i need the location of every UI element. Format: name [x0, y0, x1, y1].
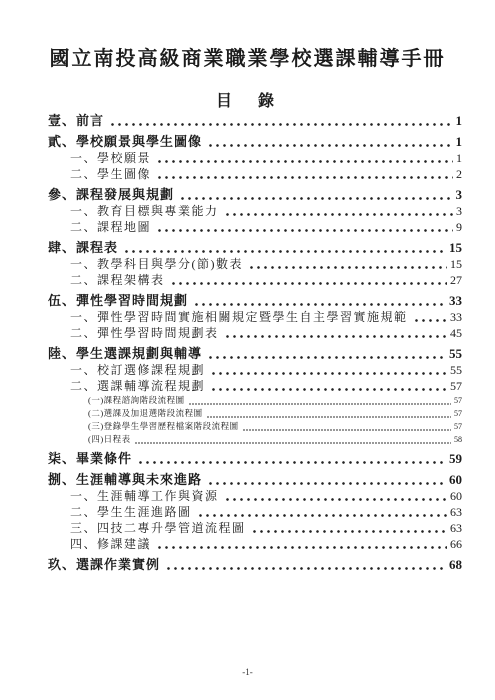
- toc-entry-label: (二)選課及加退選階段流程圖: [88, 407, 203, 419]
- toc-entry-page: 63: [450, 520, 462, 536]
- dot-leader: [209, 482, 446, 485]
- toc-entry-page: 15: [449, 240, 462, 256]
- dot-leader: [209, 144, 452, 147]
- dot-leader: [226, 498, 447, 501]
- toc-entry-label: 壹、前言: [48, 113, 104, 129]
- toc-entry-page: 3: [456, 203, 462, 219]
- toc-entry: 二、課程架構表27: [48, 272, 462, 288]
- toc-entry: 一、生涯輔導工作與資源60: [48, 488, 462, 504]
- toc-entry-label: 二、選課輔導流程規劃: [70, 378, 205, 394]
- toc-entry-page: 55: [450, 362, 462, 378]
- toc-entry: 二、學生生涯進路圖63: [48, 504, 462, 520]
- toc-entry: 二、學生圖像2: [48, 166, 462, 182]
- dot-leader: [189, 403, 451, 405]
- document-title: 國立南投高級商業職業學校選課輔導手冊: [0, 0, 495, 71]
- dot-leader: [207, 416, 451, 418]
- toc-entry-page: 1: [456, 113, 463, 129]
- dot-leader: [158, 546, 447, 549]
- toc-entry: 二、課程地圖9: [48, 219, 462, 235]
- toc-entry: 四、修課建議66: [48, 536, 462, 552]
- toc-entry-label: 二、課程地圖: [70, 219, 151, 235]
- dot-leader: [415, 319, 447, 322]
- toc-entry-page: 63: [450, 504, 462, 520]
- toc-entry-page: 57: [454, 421, 462, 433]
- dot-leader: [212, 388, 447, 391]
- dot-leader: [212, 372, 447, 375]
- toc-entry-page: 33: [449, 293, 462, 309]
- toc-entry-label: 伍、彈性學習時間規劃: [48, 293, 188, 309]
- toc-heading: 目 錄: [0, 88, 495, 111]
- toc-entry: 柒、畢業條件59: [48, 451, 462, 467]
- toc-entry: (三)登錄學生學習歷程檔案階段流程圖57: [48, 420, 462, 433]
- dot-leader: [167, 567, 446, 570]
- dot-leader: [209, 356, 446, 359]
- toc-entry: 壹、前言1: [48, 113, 462, 129]
- toc-entry: 一、彈性學習時間實施相關規定暨學生自主學習實施規範33: [48, 309, 462, 325]
- toc-entry-page: 57: [450, 378, 462, 394]
- toc-entry-page: 59: [449, 451, 462, 467]
- toc-entry-label: 二、課程架構表: [70, 272, 165, 288]
- toc-entry-label: 陸、學生選課規劃與輔導: [48, 346, 202, 362]
- dot-leader: [158, 160, 453, 163]
- toc-entry-label: 一、學校願景: [70, 150, 151, 166]
- toc-entry-label: 貳、學校願景與學生圖像: [48, 134, 202, 150]
- toc-entry: 三、四技二專升學管道流程圖63: [48, 520, 462, 536]
- toc-entry-label: 捌、生涯輔導與未來進路: [48, 472, 202, 488]
- toc-entry: 參、課程發展與規劃3: [48, 187, 462, 203]
- toc-entry-page: 27: [450, 272, 462, 288]
- toc-entry-page: 15: [450, 256, 462, 272]
- toc-entry-label: 一、生涯輔導工作與資源: [70, 488, 219, 504]
- dot-leader: [135, 442, 451, 444]
- toc-entry: 一、教學科目與學分(節)數表15: [48, 256, 462, 272]
- dot-leader: [158, 229, 453, 232]
- toc-entry-label: (一)課程諮詢階段流程圖: [88, 394, 185, 406]
- toc-entry-label: 玖、選課作業實例: [48, 557, 160, 573]
- dot-leader: [195, 303, 446, 306]
- dot-leader: [250, 266, 447, 269]
- toc-entry-page: 58: [454, 434, 462, 446]
- toc-entry: 二、彈性學習時間規劃表45: [48, 325, 462, 341]
- dot-leader: [226, 335, 447, 338]
- toc-entry: 肆、課程表15: [48, 240, 462, 256]
- toc-entry-page: 3: [456, 187, 463, 203]
- toc-entry-page: 57: [454, 395, 462, 407]
- toc-entry: 二、選課輔導流程規劃57: [48, 378, 462, 394]
- dot-leader: [226, 213, 453, 216]
- toc-entry-label: 三、四技二專升學管道流程圖: [70, 520, 246, 536]
- toc-entry-label: (四)日程表: [88, 433, 131, 445]
- dot-leader: [125, 250, 446, 253]
- toc-entry: (四)日程表58: [48, 433, 462, 446]
- toc-entry-label: 二、學生生涯進路圖: [70, 504, 192, 520]
- toc-entry-page: 68: [449, 557, 462, 573]
- toc-entry: 一、校訂選修課程規劃55: [48, 362, 462, 378]
- toc-entry-label: 一、彈性學習時間實施相關規定暨學生自主學習實施規範: [70, 309, 408, 325]
- toc-entry: 伍、彈性學習時間規劃33: [48, 293, 462, 309]
- toc-entry: (二)選課及加退選階段流程圖57: [48, 407, 462, 420]
- dot-leader: [181, 197, 452, 200]
- toc-entry: 一、教育目標與專業能力3: [48, 203, 462, 219]
- toc-entry-page: 33: [450, 309, 462, 325]
- toc-entry-label: 柒、畢業條件: [48, 451, 132, 467]
- toc-entry-label: 肆、課程表: [48, 240, 118, 256]
- toc-entry: 陸、學生選課規劃與輔導55: [48, 346, 462, 362]
- toc-entry-page: 60: [449, 472, 462, 488]
- toc-entry-page: 1: [456, 150, 462, 166]
- dot-leader: [139, 461, 446, 464]
- toc-entry-label: 二、彈性學習時間規劃表: [70, 325, 219, 341]
- dot-leader: [243, 429, 451, 431]
- toc-entry-label: 一、教學科目與學分(節)數表: [70, 256, 243, 272]
- dot-leader: [199, 514, 447, 517]
- dot-leader: [111, 123, 452, 126]
- toc-entry-label: 一、教育目標與專業能力: [70, 203, 219, 219]
- toc-entry: 貳、學校願景與學生圖像1: [48, 134, 462, 150]
- toc-entry-page: 1: [456, 134, 463, 150]
- toc-entry-page: 9: [456, 219, 462, 235]
- toc-entry: (一)課程諮詢階段流程圖57: [48, 394, 462, 407]
- toc-entry-page: 57: [454, 408, 462, 420]
- toc-entry-page: 60: [450, 488, 462, 504]
- toc-entry-label: 一、校訂選修課程規劃: [70, 362, 205, 378]
- toc-entry: 捌、生涯輔導與未來進路60: [48, 472, 462, 488]
- toc-entry: 玖、選課作業實例68: [48, 557, 462, 573]
- toc-entry-page: 45: [450, 325, 462, 341]
- toc-entry-label: 二、學生圖像: [70, 166, 151, 182]
- dot-leader: [158, 176, 453, 179]
- toc-entry-page: 66: [450, 536, 462, 552]
- page-number-footer: -1-: [0, 667, 495, 677]
- toc-entry-label: 四、修課建議: [70, 536, 151, 552]
- toc-entry-label: 參、課程發展與規劃: [48, 187, 174, 203]
- toc-entry-page: 55: [449, 346, 462, 362]
- toc-entry-label: (三)登錄學生學習歷程檔案階段流程圖: [88, 420, 239, 432]
- dot-leader: [253, 530, 447, 533]
- toc-entry: 一、學校願景1: [48, 150, 462, 166]
- document-page: 國立南投高級商業職業學校選課輔導手冊 目 錄 壹、前言1貳、學校願景與學生圖像1…: [0, 0, 495, 700]
- dot-leader: [172, 282, 447, 285]
- table-of-contents: 壹、前言1貳、學校願景與學生圖像1一、學校願景1二、學生圖像2參、課程發展與規劃…: [48, 113, 462, 573]
- toc-entry-page: 2: [456, 166, 462, 182]
